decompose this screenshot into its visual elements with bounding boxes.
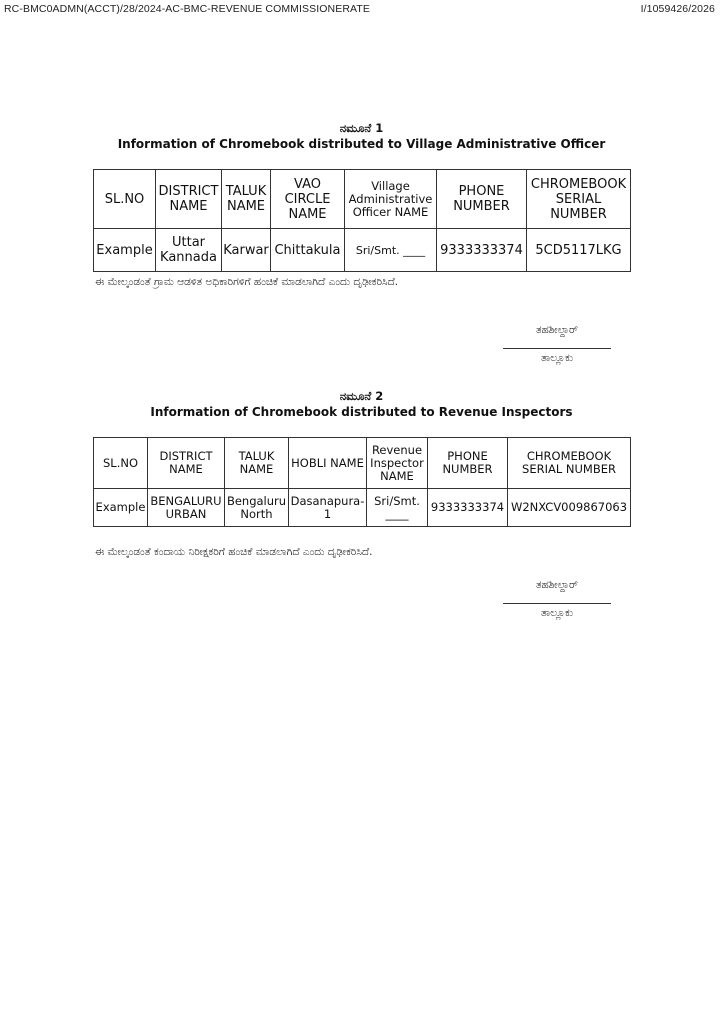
table-cell: 5CD5117LKG: [527, 229, 631, 272]
column-header: PHONE NUMBER: [428, 438, 508, 489]
table-header-row: SL.NO DISTRICT NAME TALUK NAME HOBLI NAM…: [94, 438, 631, 489]
table-cell: 9333333374: [437, 229, 527, 272]
table-cell: Karwar: [222, 229, 271, 272]
column-header: PHONE NUMBER: [437, 170, 527, 229]
table-cell: Uttar Kannada: [156, 229, 222, 272]
table-cell: BENGALURU URBAN: [148, 489, 225, 527]
column-header: SL.NO: [94, 438, 148, 489]
signatory-title: ತಹಶೀಲ್ದಾರ್: [498, 579, 616, 592]
signature-line: [503, 603, 611, 604]
column-header: TALUK NAME: [225, 438, 289, 489]
column-header: HOBLI NAME: [289, 438, 367, 489]
table-header-row: SL.NO DISTRICT NAME TALUK NAME VAO CIRCL…: [94, 170, 631, 229]
form2-number: ನಮೂನೆ 2: [0, 389, 723, 404]
form1-certification-note: ಈ ಮೇಲ್ಕಂಡಂತೆ ಗ್ರಾಮ ಆಡಳಿತ ಅಧಿಕಾರಿಗಳಿಗೆ ಹಂ…: [95, 276, 398, 289]
signatory-title: ತಹಶೀಲ್ದಾರ್: [498, 324, 616, 337]
table-cell: Chittakula: [271, 229, 345, 272]
table-cell: W2NXCV009867063: [508, 489, 631, 527]
vao-chromebook-table: SL.NO DISTRICT NAME TALUK NAME VAO CIRCL…: [93, 169, 631, 272]
ri-chromebook-table: SL.NO DISTRICT NAME TALUK NAME HOBLI NAM…: [93, 437, 631, 527]
table-row: Example BENGALURU URBAN Bengaluru North …: [94, 489, 631, 527]
table-row: Example Uttar Kannada Karwar Chittakula …: [94, 229, 631, 272]
table-cell: 9333333374: [428, 489, 508, 527]
document-reference: RC-BMC0ADMN(ACCT)/28/2024-AC-BMC-REVENUE…: [4, 3, 370, 15]
table-cell: Bengaluru North: [225, 489, 289, 527]
column-header: Revenue Inspector NAME: [367, 438, 428, 489]
table-cell: Example: [94, 489, 148, 527]
signature-line: [503, 348, 611, 349]
table-cell: Dasanapura-1: [289, 489, 367, 527]
signatory-taluk: ತಾಲ್ಲೂಕು: [498, 352, 616, 365]
column-header: VAO CIRCLE NAME: [271, 170, 345, 229]
file-number: I/1059426/2026: [641, 3, 715, 15]
column-header: CHROMEBOOK SERIAL NUMBER: [508, 438, 631, 489]
column-header: SL.NO: [94, 170, 156, 229]
column-header: TALUK NAME: [222, 170, 271, 229]
column-header: CHROMEBOOK SERIAL NUMBER: [527, 170, 631, 229]
form2-certification-note: ಈ ಮೇಲ್ಕಂಡಂತೆ ಕಂದಾಯ ನಿರೀಕ್ಷಕರಿಗೆ ಹಂಚಿಕೆ ಮ…: [95, 546, 372, 559]
form1-number: ನಮೂನೆ 1: [0, 121, 723, 136]
column-header: Village Administrative Officer NAME: [345, 170, 437, 229]
signatory-taluk: ತಾಲ್ಲೂಕು: [498, 607, 616, 620]
column-header: DISTRICT NAME: [156, 170, 222, 229]
form2-title: Information of Chromebook distributed to…: [0, 405, 723, 419]
table-cell: Sri/Smt. ____: [367, 489, 428, 527]
form1-title: Information of Chromebook distributed to…: [0, 137, 723, 151]
table-cell: Example: [94, 229, 156, 272]
column-header: DISTRICT NAME: [148, 438, 225, 489]
table-cell: Sri/Smt. ____: [345, 229, 437, 272]
